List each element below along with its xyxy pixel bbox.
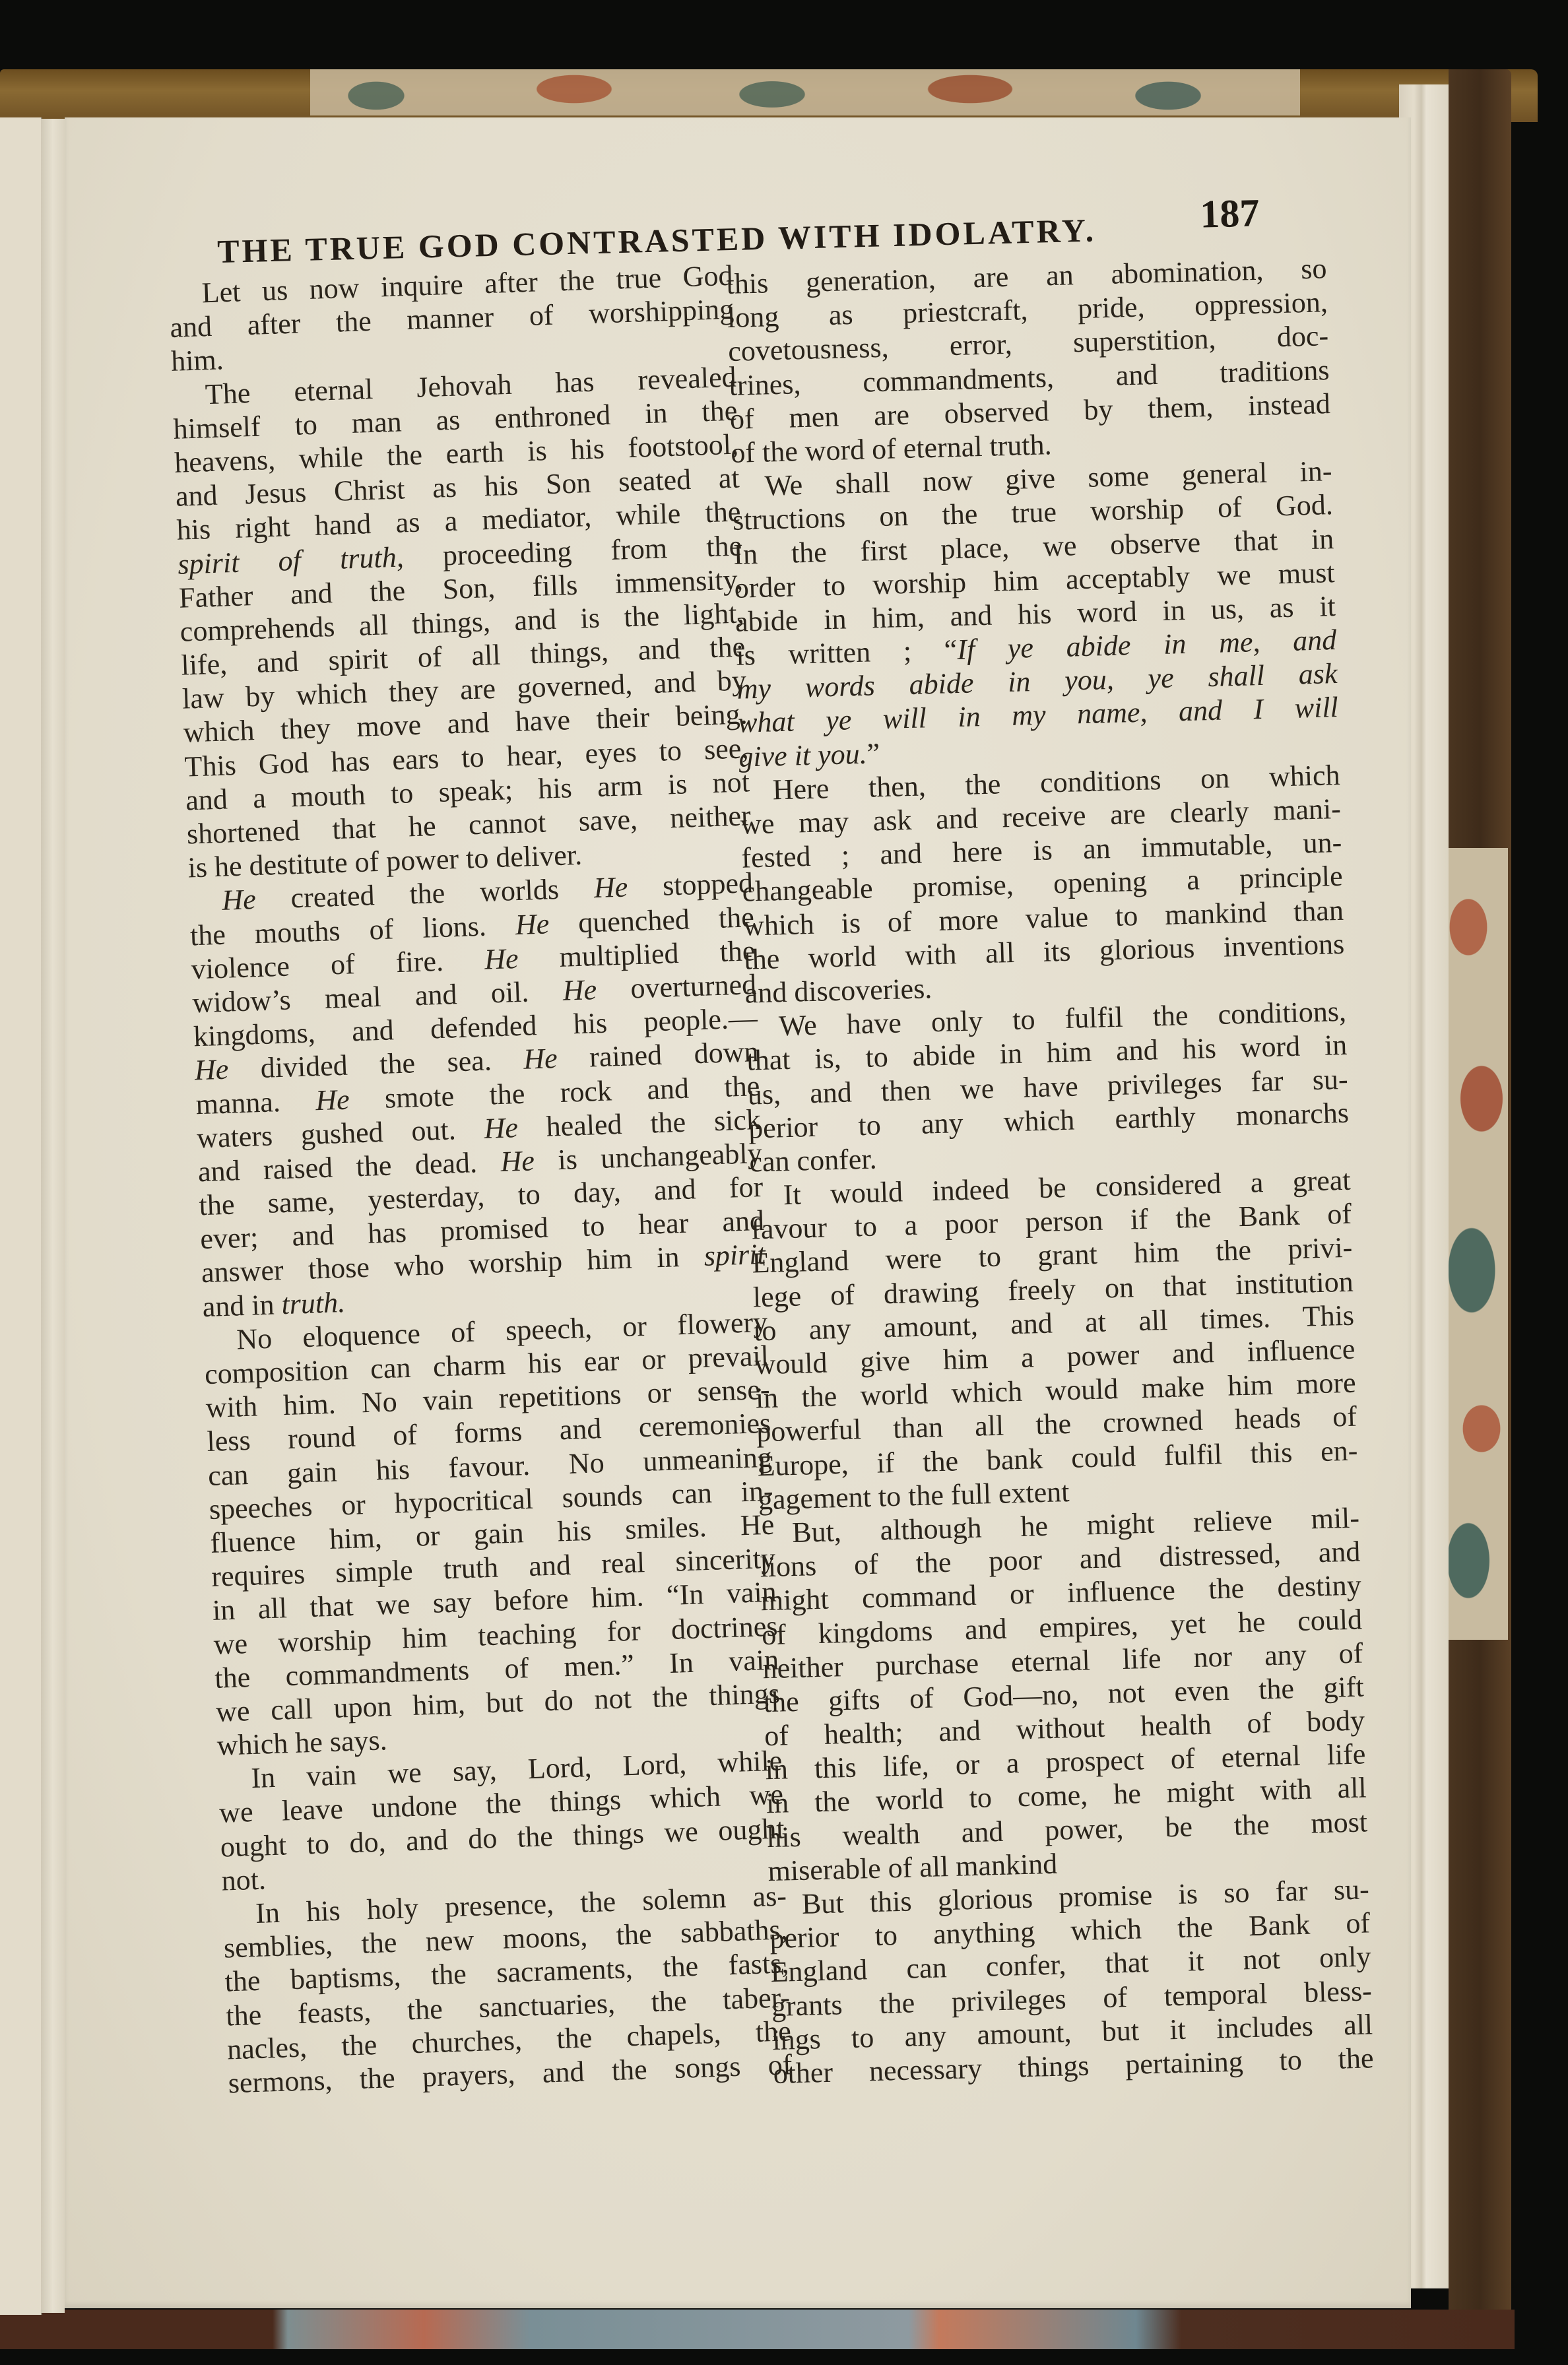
book-cover-right-edge — [1449, 69, 1511, 2326]
binding-gutter — [41, 119, 65, 2313]
page-number: 187 — [1200, 190, 1260, 237]
text-column-left: Let us now inquire after the true Godand… — [168, 259, 793, 2100]
facing-page-left — [0, 117, 42, 2315]
book-cover-top-edge — [0, 69, 1538, 122]
text-column-right: this generation, are an abomination, sol… — [726, 251, 1374, 2090]
marbled-board-top — [310, 69, 1300, 115]
book-cover-bottom-edge — [0, 2310, 1515, 2349]
marbled-board-right — [1449, 848, 1508, 1640]
